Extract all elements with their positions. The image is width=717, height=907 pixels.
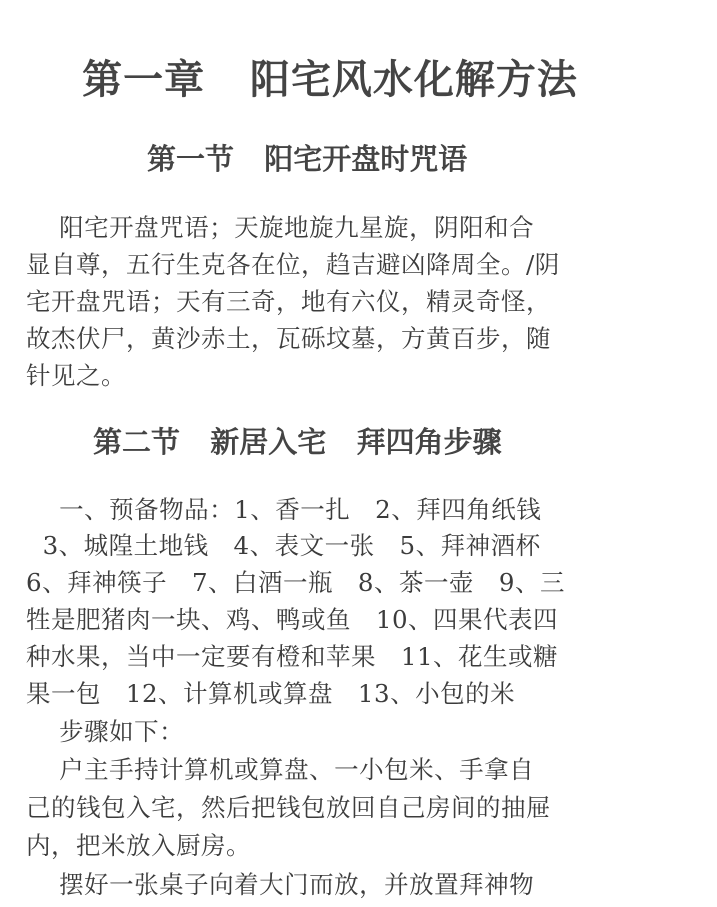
text-line: 种水果，当中一定要有橙和苹果 11、花生或糖 — [26, 638, 558, 673]
text-line: 内，把米放入厨房。 — [26, 827, 251, 862]
text-line: 一、预备物品：1、香一扎 2、拜四角纸钱 — [26, 491, 541, 526]
text-line: 果一包 12、计算机或算盘 13、小包的米 — [26, 675, 515, 710]
text-line: 6、拜神筷子 7、白酒一瓶 8、茶一壶 9、三 — [26, 564, 565, 599]
text-line: 牲是肥猪肉一块、鸡、鸭或鱼 10、四果代表四 — [26, 601, 558, 636]
text-line: 针见之。 — [26, 357, 126, 392]
text-line: 户主手持计算机或算盘、一小包米、手拿自 — [26, 751, 534, 786]
text-line: 宅开盘咒语；天有三奇，地有六仪，精灵奇怪， — [26, 283, 551, 318]
text-line: 故杰伏尸，黄沙赤土，瓦砾坟墓，方黄百步，随 — [26, 320, 551, 355]
text-line: 己的钱包入宅，然后把钱包放回自己房间的抽屉 — [26, 789, 551, 824]
section-2-heading: 第二节 新居入宅 拜四角步骤 — [93, 420, 502, 461]
text-line: 摆好一张桌子向着大门而放，并放置拜神物 — [26, 866, 534, 901]
text-line: 步骤如下： — [26, 713, 184, 748]
text-line: 阳宅开盘咒语；天旋地旋九星旋，阴阳和合 — [26, 209, 534, 244]
text-line: 3、城隍土地钱 4、表文一张 5、拜神酒杯 — [26, 527, 541, 562]
section-1-heading: 第一节 阳宅开盘时咒语 — [147, 137, 467, 178]
text-line: 显自尊，五行生克各在位，趋吉避凶降周全。/阴 — [26, 246, 560, 281]
chapter-title: 第一章 阳宅风水化解方法 — [0, 48, 660, 105]
